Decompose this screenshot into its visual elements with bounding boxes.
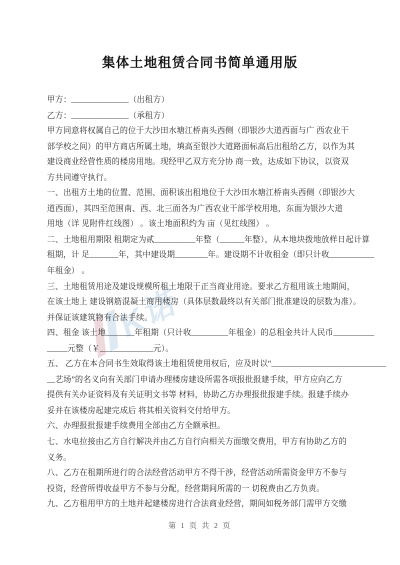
contract-line: 用地（详 见附件红线图） 。该土地面积约为 亩（见红线图） 。 [47, 216, 355, 232]
contract-line: 三、土地租赁用途及建设规模所租土地限于正当商业用途。要求乙方租用该土地期间， [47, 279, 355, 295]
contract-line: 甲方同意将权属自己的位于大沙田水塘江桥南头西侧（即银沙大道西面与广 西农业干 [47, 123, 355, 139]
contract-line: 九、乙方租用甲方的土地并起建楼房进行合法商业经营，期间如税务部门需甲方交缴 [47, 496, 355, 512]
contract-line: 七、水电拉接由乙方自行解决并由乙方自行向相关方面缴交费用，甲方有协助乙方的 [47, 434, 355, 450]
contract-line: __艺场”的名义向有关部门申请办理楼房建设所需各项报批报建手续，甲方应向乙方 [47, 372, 355, 388]
contract-line: 并保证该建筑物有合法手续。 [47, 310, 355, 326]
contract-line: 妥并在该楼房起建完成后 将其相关资料交付给甲方。 [47, 403, 355, 419]
contract-line: 二、土地租用期限 租期定为贰__________年整（______年整），从本地… [47, 232, 355, 248]
page-number: 第 1 页 共 2 页 [0, 520, 400, 531]
contract-line: 在该土地上 建设钢筋混凝土商用楼房（具体层数最终以有关部门批准建设的层数为准）。 [47, 294, 355, 310]
contract-line: 方共同遵守执行。 [47, 170, 355, 186]
contract-line: 租期，计 足_______年，其中建设期________年。建设期不计收租金（即… [47, 247, 355, 263]
contract-line: 八、乙方在租期所进行的合法经营活动甲方不得干涉，经营活动所需资金甲方不参与 [47, 465, 355, 481]
contract-line: _____元整（￥_____________元）。 [47, 341, 355, 357]
contract-line: 义务。 [47, 450, 355, 466]
contract-line: 甲方：______________（出租方） [47, 92, 355, 108]
contract-line: 建设商业经营性质的楼房用地。现经甲乙双方充分协 商一致，达成如下协议，以资双 [47, 154, 355, 170]
contract-line: 一、出租方土地的位置、范围、面积该出租地位于大沙田水塘江桥南头西侧（即银沙大 [47, 185, 355, 201]
contract-body: 甲方：______________（出租方）乙方：______________（… [47, 92, 355, 512]
contract-line: 年租金） 。 [47, 263, 355, 279]
contract-line: 部学校之间）的甲方商店所属土地，填高至银沙大道路面标高后出租给乙方，以作为其 [47, 139, 355, 155]
contract-line: 五、 乙方在本合同书生效取得该土地租赁使用权后，应及时以“___________… [47, 356, 355, 372]
contract-line: 六、办理报批报建手续费用全部由乙方全额承担。 [47, 418, 355, 434]
contract-line: 提供有关办证资料及有关证明文书等 材料，协助乙方办理报批报建手续。报建手续办 [47, 387, 355, 403]
contract-line: 乙方：______________（承租方） [47, 108, 355, 124]
contract-line: 四、租金 该土地_______年租期（只计收_________年租金）的总租金共… [47, 325, 355, 341]
contract-page: K诺 集体土地租赁合同书简单通用版 甲方：______________（出租方）… [0, 0, 400, 565]
contract-title: 集体土地租赁合同书简单通用版 [0, 52, 400, 71]
contract-line: 投资，经营所得收益甲方不参与分配，经营期间所需的一 切税费由乙方负责。 [47, 481, 355, 497]
contract-line: 道西面），其四至范围南、西、北三面各为广西农业干部学校用地，东面为银沙大道 [47, 201, 355, 217]
